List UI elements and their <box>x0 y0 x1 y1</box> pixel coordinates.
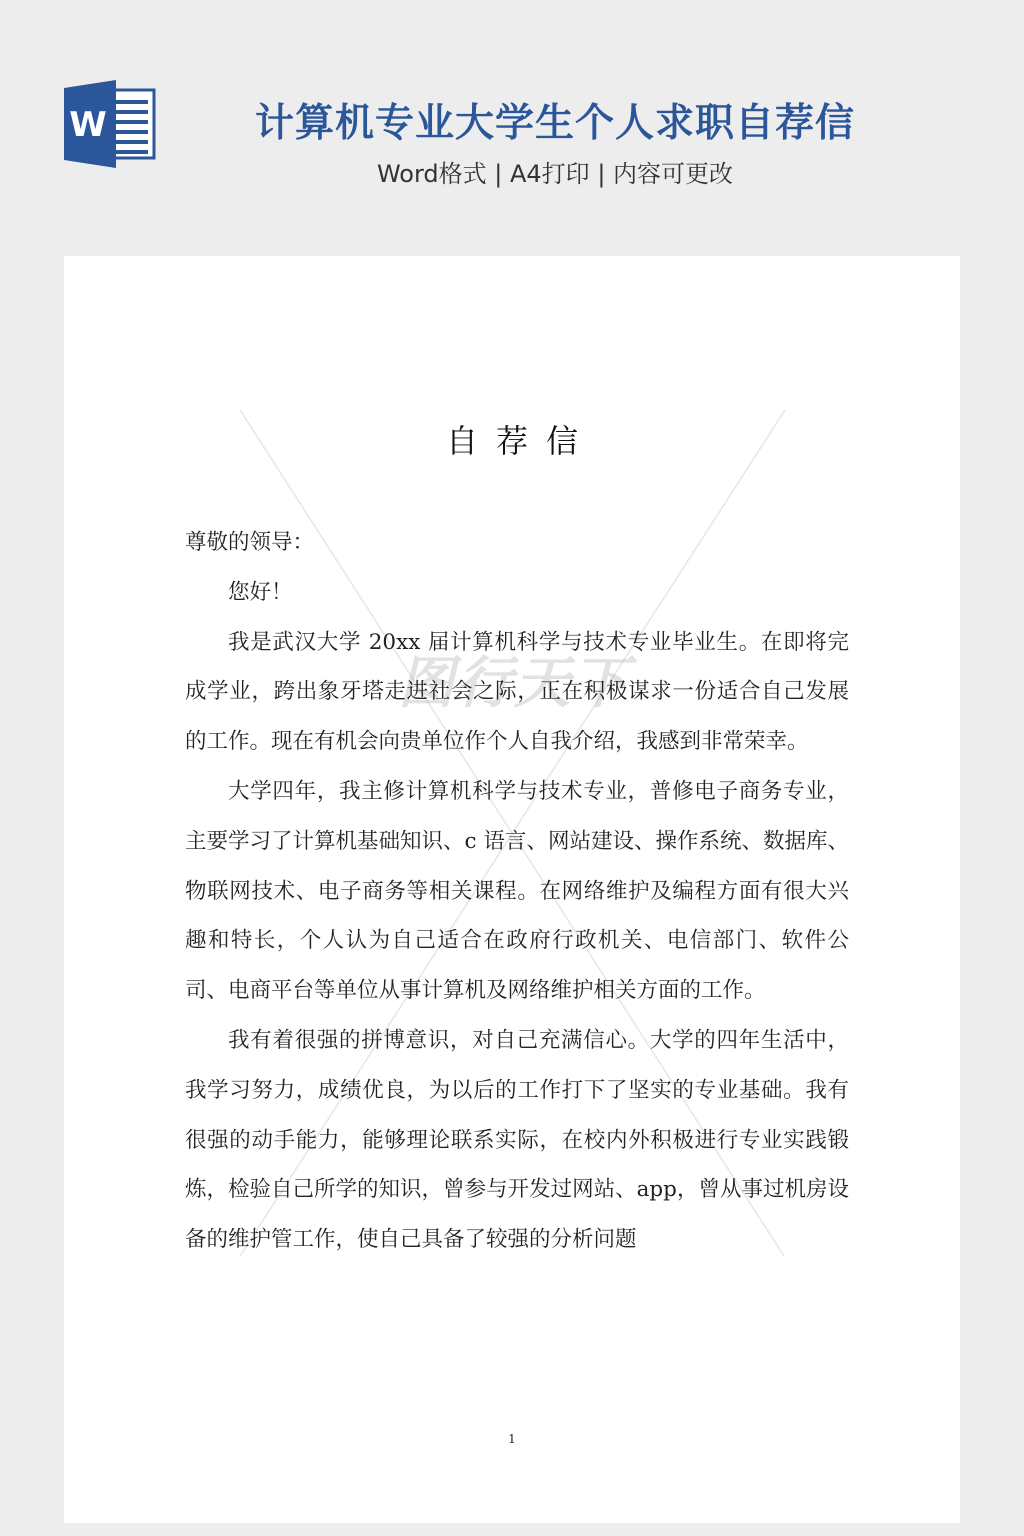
document-page: 图行天下 自荐信 尊敬的领导： 您好！ 我是武汉大学 20xx 届计算机科学与技… <box>64 256 960 1523</box>
paragraph: 大学四年，我主修计算机科学与技术专业，普修电子商务专业，主要学习了计算机基础知识… <box>185 767 849 1016</box>
page-number: 1 <box>64 1432 960 1446</box>
svg-text:W: W <box>69 105 107 145</box>
paragraph: 我有着很强的拼博意识，对自己充满信心。大学的四年生活中，我学习努力，成绩优良，为… <box>185 1016 849 1265</box>
document-title: 自荐信 <box>64 416 960 462</box>
word-document-icon: W <box>64 80 158 168</box>
page-title: 计算机专业大学生个人求职自荐信 <box>200 92 910 148</box>
greeting: 您好！ <box>185 568 849 618</box>
page-subtitle: Word格式 | A4打印 | 内容可更改 <box>200 154 910 189</box>
header: W 计算机专业大学生个人求职自荐信 Word格式 | A4打印 | 内容可更改 <box>0 0 1024 256</box>
salutation: 尊敬的领导： <box>185 518 849 568</box>
paragraph: 我是武汉大学 20xx 届计算机科学与技术专业毕业生。在即将完成学业，跨出象牙塔… <box>185 618 849 767</box>
document-body: 尊敬的领导： 您好！ 我是武汉大学 20xx 届计算机科学与技术专业毕业生。在即… <box>185 518 849 1265</box>
